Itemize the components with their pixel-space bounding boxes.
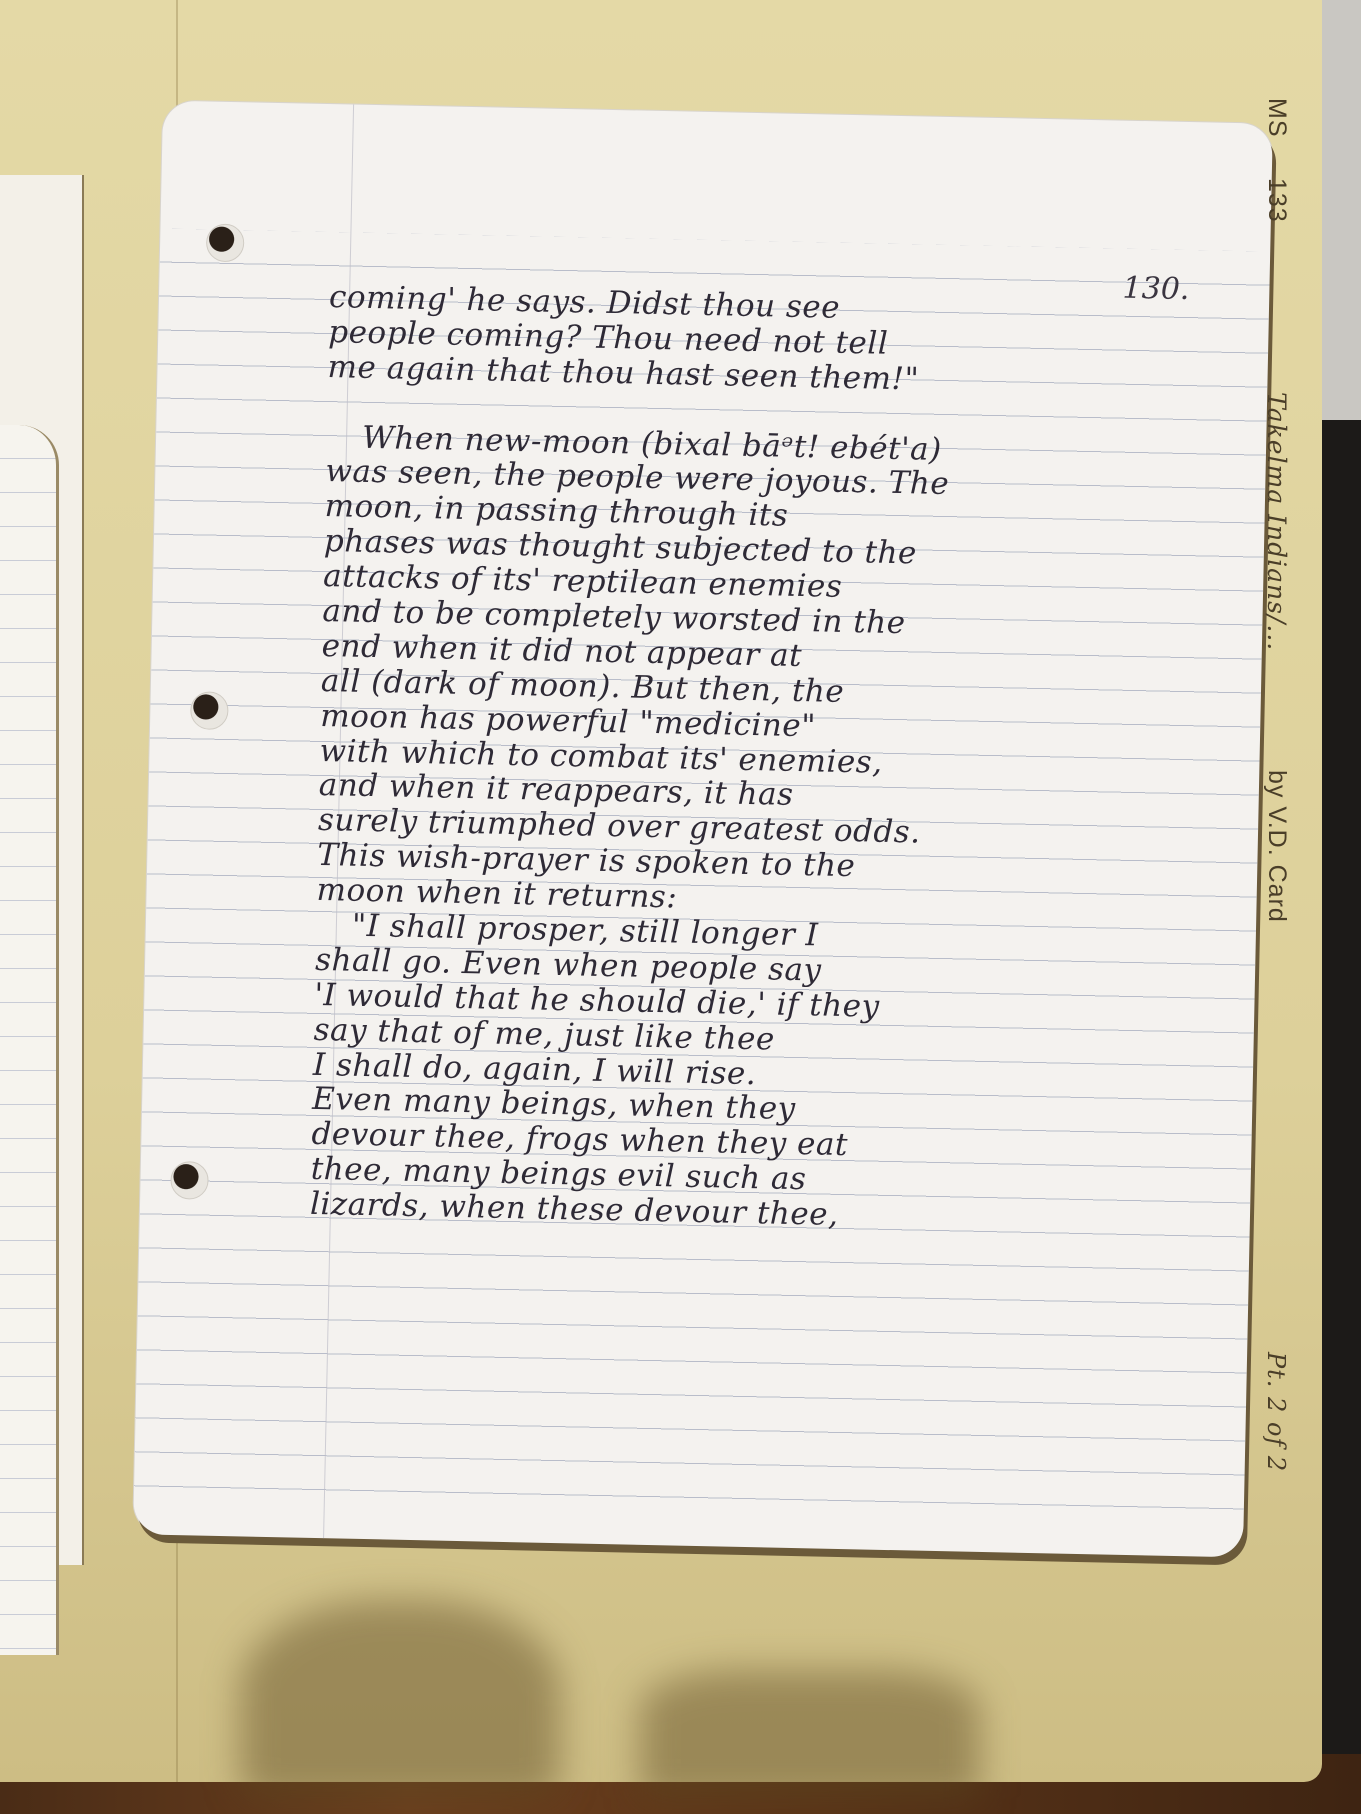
folder-label-title: Takelma Indians/... <box>1262 392 1291 651</box>
folder-label-part: Pt. 2 of 2 <box>1262 1352 1290 1472</box>
stacked-pages <box>0 175 84 1565</box>
hand-shadow-right <box>640 1670 980 1800</box>
notebook-page: 130. coming' he says. Didst thou see peo… <box>133 101 1273 1558</box>
folder-label-number: 133 <box>1262 178 1291 223</box>
folder-label-author: by V.D. Card <box>1262 770 1291 923</box>
handwritten-text: coming' he says. Didst thou see people c… <box>310 280 1210 1240</box>
stacked-page-edge <box>0 425 59 1655</box>
folder-label-collection: MS <box>1262 98 1291 138</box>
hand-shadow-left <box>240 1600 560 1800</box>
